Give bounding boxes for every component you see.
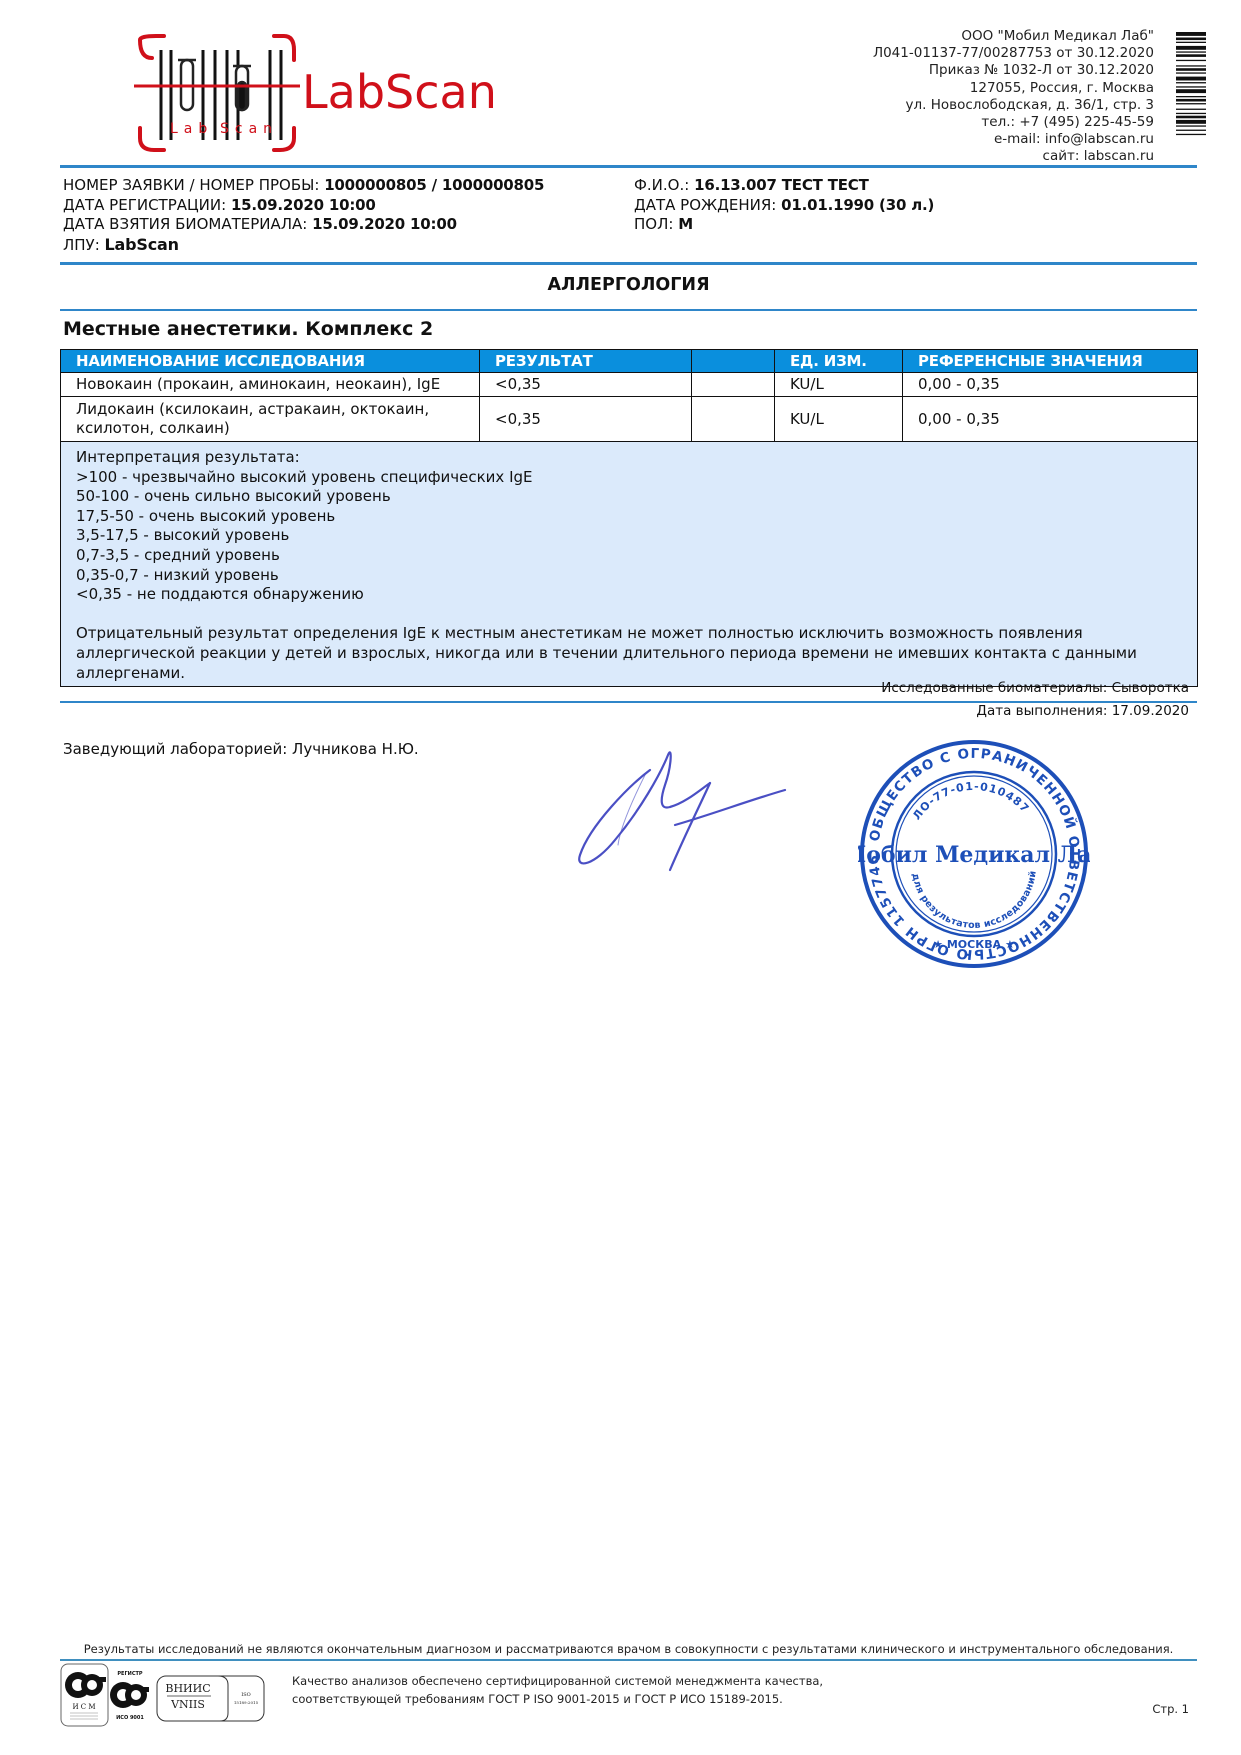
labscan-logo: Lab Scan LabScan [134,30,504,155]
column-header-flag [692,350,775,373]
completion-date: Дата выполнения: 17.09.2020 [976,703,1189,719]
svg-text:«Мобил Медикал Лаб»: «Мобил Медикал Лаб» [858,842,1090,868]
registration-date: 15.09.2020 10:00 [231,196,376,214]
birth-date-row: ДАТА РОЖДЕНИЯ: 01.01.1990 (30 л.) [634,196,1194,216]
interpretation-box: Интерпретация результата: >100 - чрезвыч… [61,442,1198,687]
info-divider [60,262,1197,265]
order-number: 1000000805 / 1000000805 [324,176,544,194]
vniis-iso15189-cert-icon: ВНИИС VNIIS ISO 15189:2015 [157,1676,264,1721]
footer-divider [60,1659,1197,1661]
test-unit: KU/L [775,397,903,442]
test-reference: 0,00 - 0,35 [903,397,1198,442]
order-number-row: НОМЕР ЗАЯВКИ / НОМЕР ПРОБЫ: 1000000805 /… [63,176,623,196]
svg-text:Lab: Lab [170,121,213,137]
org-line: 127055, Россия, г. Москва [734,80,1154,97]
table-row: Лидокаин (ксилокаин, астракаин, октокаин… [61,397,1198,442]
svg-text:И С М: И С М [72,1703,95,1711]
column-header-unit: ЕД. ИЗМ. [775,350,903,373]
svg-text:РЕГИСТР: РЕГИСТР [117,1671,143,1677]
test-result: <0,35 [480,397,692,442]
sample-date: 15.09.2020 10:00 [312,215,457,233]
footer-disclaimer: Результаты исследований не являются окон… [60,1642,1197,1656]
section-title: АЛЛЕРГОЛОГИЯ [60,275,1197,295]
svg-text:Scan: Scan [220,121,278,137]
lpu-value: LabScan [105,235,179,254]
registration-date-row: ДАТА РЕГИСТРАЦИИ: 15.09.2020 10:00 [63,196,623,216]
org-line: сайт: labscan.ru [734,148,1154,165]
birth-date: 01.01.1990 (30 л.) [781,196,934,214]
org-line: тел.: +7 (495) 225-45-59 [734,114,1154,131]
svg-text:ВНИИС: ВНИИС [165,1682,210,1695]
test-flag [692,373,775,397]
column-header-result: РЕЗУЛЬТАТ [480,350,692,373]
table-header: НАИМЕНОВАНИЕ ИССЛЕДОВАНИЯ РЕЗУЛЬТАТ ЕД. … [61,350,1198,373]
test-name: Лидокаин (ксилокаин, астракаин, октокаин… [61,397,480,442]
section-divider [60,309,1197,311]
org-line: Л041-01137-77/00287753 от 30.12.2020 [734,45,1154,62]
test-flag [692,397,775,442]
panel-title: Местные анестетики. Комплекс 2 [63,318,433,340]
test-unit: KU/L [775,373,903,397]
patient-name-row: Ф.И.О.: 16.13.007 ТЕСТ ТЕСТ [634,176,1194,196]
signature [560,735,790,875]
sex-row: ПОЛ: М [634,215,1194,235]
organization-stamp: ОБЩЕСТВО С ОГРАНИЧЕННОЙ ОТВЕТСТВЕННОСТЬЮ… [858,738,1090,970]
test-name: Новокаин (прокаин, аминокаин, неокаин), … [61,373,480,397]
table-row: Новокаин (прокаин, аминокаин, неокаин), … [61,373,1198,397]
barcode [1176,32,1206,160]
lpu-row: ЛПУ: LabScan [63,235,623,256]
org-line: e-mail: info@labscan.ru [734,131,1154,148]
interpretation-row: Интерпретация результата: >100 - чрезвыч… [61,442,1198,687]
column-header-name: НАИМЕНОВАНИЕ ИССЛЕДОВАНИЯ [61,350,480,373]
svg-text:VNIIS: VNIIS [170,1698,205,1711]
biomaterial-info: Исследованные биоматериалы: Сыворотка [881,680,1189,696]
test-result: <0,35 [480,373,692,397]
org-line: Приказ № 1032-Л от 30.12.2020 [734,62,1154,79]
header-divider [60,165,1197,168]
svg-text:15189:2015: 15189:2015 [234,1700,259,1705]
svg-text:ISO: ISO [241,1692,251,1698]
interpretation-note: Отрицательный результат определения IgE … [76,624,1182,683]
patient-info: Ф.И.О.: 16.13.007 ТЕСТ ТЕСТ ДАТА РОЖДЕНИ… [634,176,1194,235]
quality-statement: Качество анализов обеспечено сертифициро… [292,1672,823,1708]
org-line: ул. Новослободская, д. 36/1, стр. 3 [734,97,1154,114]
rst-ism-cert-icon: И С М [61,1664,108,1726]
svg-text:ИСО 9001: ИСО 9001 [116,1715,144,1721]
lab-head-signature-line: Заведующий лабораторией: Лучникова Н.Ю. [63,740,419,758]
test-reference: 0,00 - 0,35 [903,373,1198,397]
svg-text:★ МОСКВА ★: ★ МОСКВА ★ [933,938,1015,951]
organization-details: ООО "Мобил Медикал Лаб"Л041-01137-77/002… [734,28,1154,166]
sample-date-row: ДАТА ВЗЯТИЯ БИОМАТЕРИАЛА: 15.09.2020 10:… [63,215,623,235]
brand-name: LabScan [302,65,497,119]
patient-sex: М [678,215,693,233]
patient-name: 16.13.007 ТЕСТ ТЕСТ [694,176,869,194]
registr-iso9001-cert-icon: РЕГИСТР ИСО 9001 [110,1671,149,1721]
column-header-reference: РЕФЕРЕНСНЫЕ ЗНАЧЕНИЯ [903,350,1198,373]
results-table: НАИМЕНОВАНИЕ ИССЛЕДОВАНИЯ РЕЗУЛЬТАТ ЕД. … [60,349,1198,687]
order-info: НОМЕР ЗАЯВКИ / НОМЕР ПРОБЫ: 1000000805 /… [63,176,623,255]
page-number: Стр. 1 [1152,1702,1189,1716]
org-line: ООО "Мобил Медикал Лаб" [734,28,1154,45]
certification-logos: И С М РЕГИСТР ИСО 9001 ВНИИС VNIIS ISO 1… [60,1663,265,1728]
